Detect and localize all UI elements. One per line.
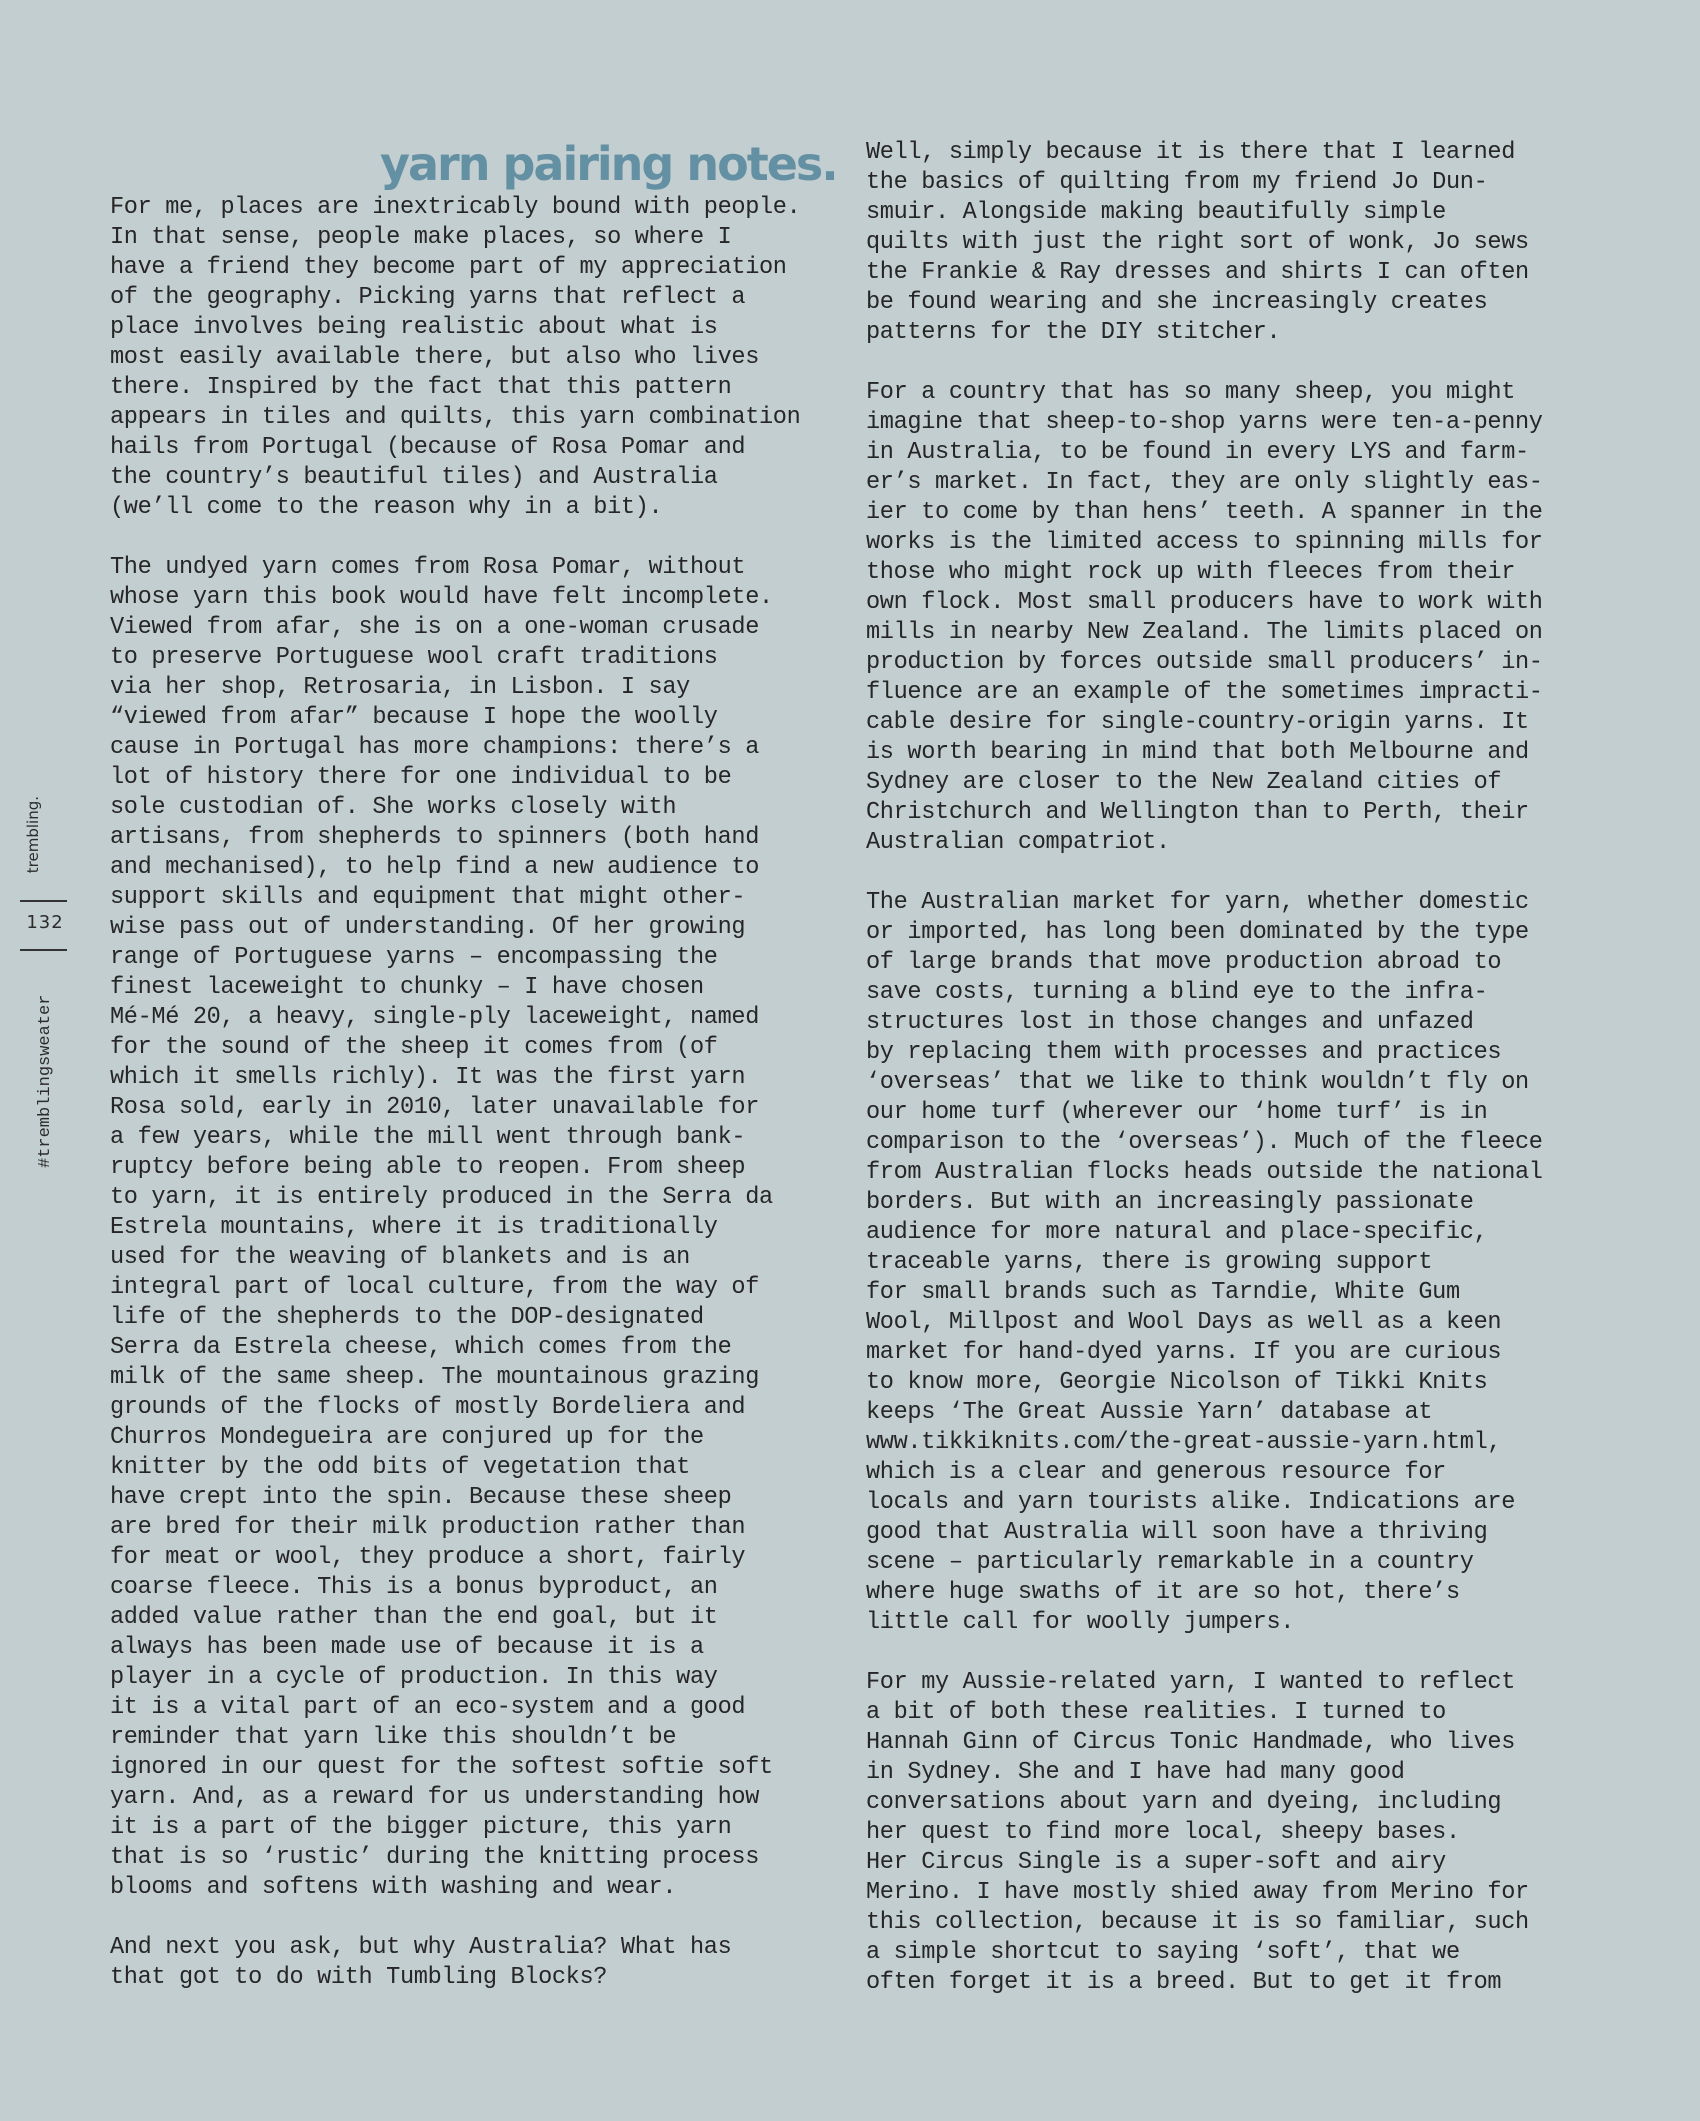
paragraph: And next you ask, but why Australia? Wha… <box>110 1933 850 1993</box>
paragraph: For my Aussie-related yarn, I wanted to … <box>866 1668 1626 1998</box>
side-brand-text: trembling. <box>24 796 42 873</box>
folio-divider-bottom <box>20 949 67 951</box>
paragraph: Well, simply because it is there that I … <box>866 138 1626 348</box>
paragraph: For me, places are inextricably bound wi… <box>110 193 850 523</box>
page-number: 132 <box>20 912 70 933</box>
left-column: For me, places are inextricably bound wi… <box>110 193 850 2023</box>
paragraph: The undyed yarn comes from Rosa Pomar, w… <box>110 553 850 1903</box>
paragraph: The Australian market for yarn, whether … <box>866 888 1626 1638</box>
right-column: Well, simply because it is there that I … <box>866 138 1626 2028</box>
paragraph: For a country that has so many sheep, yo… <box>866 378 1626 858</box>
page-title: yarn pairing notes. <box>380 136 832 192</box>
side-hashtag: #tremblingsweater <box>36 995 55 1168</box>
folio-divider-top <box>20 900 67 902</box>
